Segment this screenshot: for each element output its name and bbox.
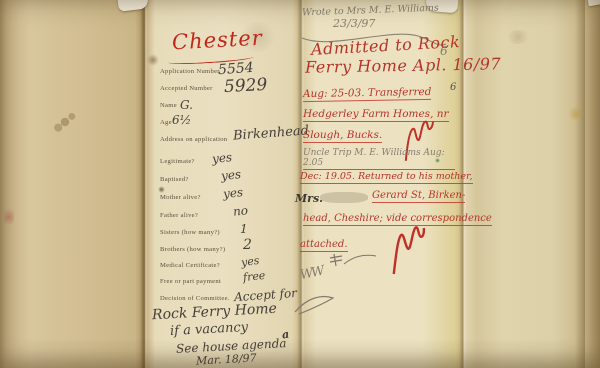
- returned-line3: head, Cheshire; vide correspondence: [303, 213, 492, 226]
- field-label-name: Name: [160, 102, 177, 109]
- field-label-address: Address on application: [160, 136, 227, 143]
- field-label-sisters: Sisters (how many?): [160, 229, 220, 236]
- field-label-legitimate: Legitimate?: [160, 158, 195, 165]
- field-label-age: Age: [160, 119, 172, 126]
- field-label-medical-certificate: Medical Certificate?: [160, 262, 220, 269]
- transferred-line1: Aug: 25-03. Transferred: [303, 86, 432, 102]
- transferred-line3: Slough, Bucks.: [303, 129, 382, 143]
- returned-line1: Dec: 19.05. Returned to his mother,: [300, 171, 473, 184]
- field-value-mother-alive: yes: [222, 185, 243, 201]
- returned-line2: Gerard St, Birken-: [372, 190, 465, 203]
- blank-left-leaf: [0, 0, 145, 368]
- field-label-decision: Decision of Committee.: [160, 295, 230, 302]
- field-label-father-alive: Father alive?: [160, 212, 198, 219]
- field-label-baptised: Baptised?: [160, 176, 189, 183]
- field-value-payment: free: [242, 269, 266, 284]
- field-value-name: G.: [180, 98, 193, 112]
- admitted-note-line2: Ferry Home Apl. 16/97: [305, 54, 501, 76]
- field-value-medical-certificate: yes: [240, 254, 260, 269]
- corner-mark: 6: [450, 82, 456, 93]
- field-value-legitimate: yes: [211, 150, 232, 166]
- field-value-baptised: yes: [220, 167, 241, 183]
- field-value-father-alive: no: [232, 203, 248, 218]
- field-label-mother-alive: Mother alive?: [160, 194, 201, 201]
- field-label-accepted-number: Accepted Number: [160, 85, 213, 92]
- field-value-sisters: 1: [240, 222, 248, 236]
- field-label-application-number: Application Number: [160, 68, 220, 75]
- field-label-brothers: Brothers (how many?): [160, 246, 225, 253]
- field-label-payment: Free or part payment: [160, 278, 221, 285]
- pencil-swoosh: [293, 290, 353, 316]
- field-value-accepted-number: 5929: [224, 75, 268, 97]
- field-value-age: 6½: [172, 113, 191, 127]
- field-value-brothers: 2: [243, 237, 252, 253]
- uncle-note: Uncle Trip M. E. Williams Aug: 2.05: [303, 148, 455, 170]
- mrs-prefix: Mrs.: [295, 192, 323, 205]
- case-title: Chester: [171, 26, 263, 55]
- case-file-document: Chester Application Number Accepted Numb…: [0, 0, 600, 368]
